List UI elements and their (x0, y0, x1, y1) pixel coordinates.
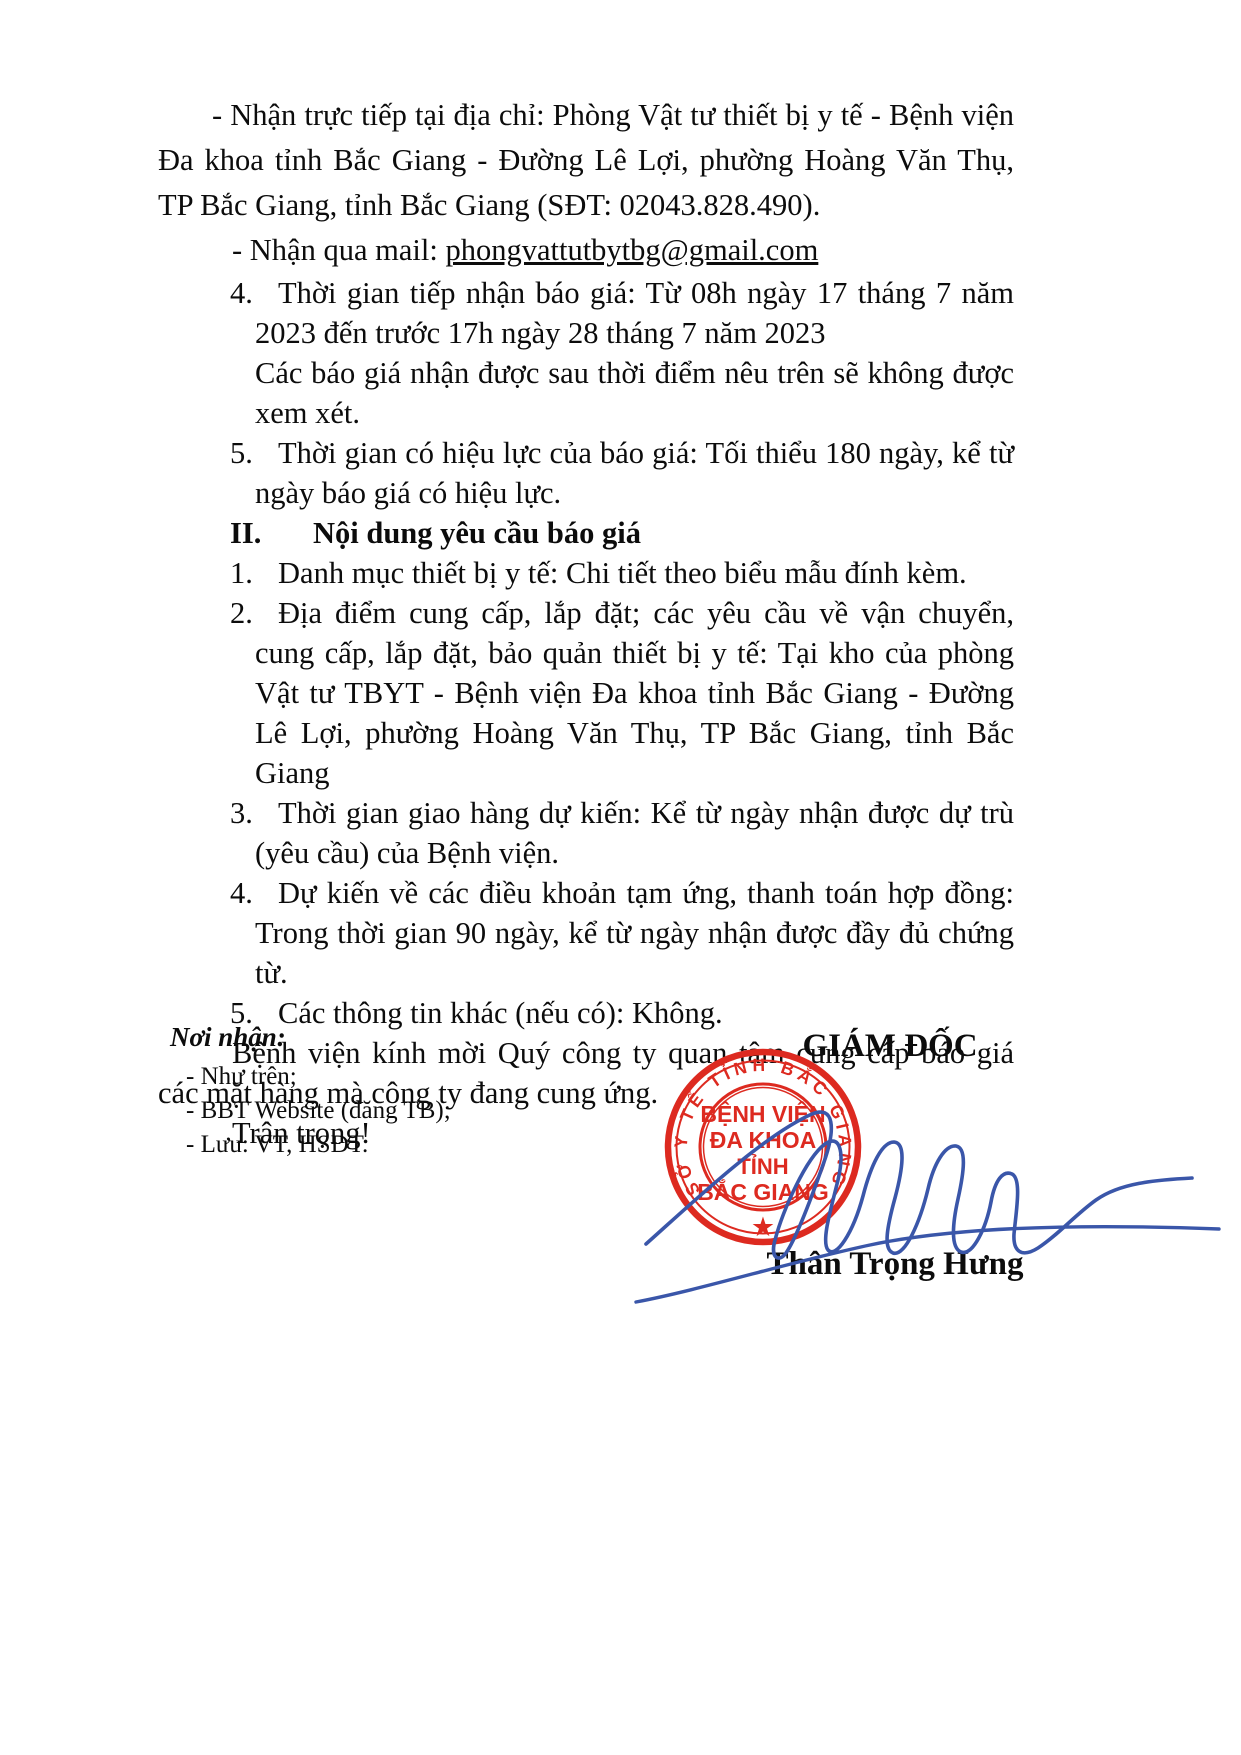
list-marker: 4. (230, 873, 278, 913)
list-item-delivery-location: 2. Địa điểm cung cấp, lắp đặt; các yêu c… (158, 593, 1014, 793)
list-item-text: Thời gian tiếp nhận báo giá: Từ 08h ngày… (255, 273, 1014, 353)
section-marker: II. (230, 513, 261, 553)
list-item-text: Thời gian có hiệu lực của báo giá: Tối t… (255, 433, 1014, 513)
list-item-4-time-receive: 4. Thời gian tiếp nhận báo giá: Từ 08h n… (158, 273, 1014, 433)
section-title: Nội dung yêu cầu báo giá (313, 516, 641, 550)
list-marker: 3. (230, 793, 278, 833)
list-item-note: Các báo giá nhận được sau thời điểm nêu … (255, 353, 1014, 433)
list-item-catalog: 1. Danh mục thiết bị y tế: Chi tiết theo… (158, 553, 1014, 593)
list-marker: 5. (230, 433, 278, 473)
list-item-text: Dự kiến về các điều khoản tạm ứng, thanh… (255, 873, 1014, 993)
recipient-line: - BBT Website (đăng TB); (186, 1096, 451, 1126)
recipient-line: - Như trên; (186, 1062, 297, 1092)
list-item-payment-terms: 4. Dự kiến về các điều khoản tạm ứng, th… (158, 873, 1014, 993)
list-item-text: Địa điểm cung cấp, lắp đặt; các yêu cầu … (255, 593, 1014, 793)
mail-prefix: - Nhận qua mail: (232, 233, 445, 267)
list-marker: 2. (230, 593, 278, 633)
list-item-delivery-time: 3. Thời gian giao hàng dự kiến: Kể từ ng… (158, 793, 1014, 873)
list-item-text: Danh mục thiết bị y tế: Chi tiết theo bi… (255, 553, 1014, 593)
signer-title: GIÁM ĐỐC (700, 1028, 1080, 1065)
list-marker: 1. (230, 553, 278, 593)
signer-name: Thân Trọng Hưng (700, 1246, 1090, 1283)
stamp-line-bac-giang: BẮC GIANG (697, 1178, 829, 1205)
list-item-text: Thời gian giao hàng dự kiến: Kể từ ngày … (255, 793, 1014, 873)
paragraph-receive-mail: - Nhận qua mail: phongvattutbytbg@gmail.… (158, 228, 1014, 273)
list-item-other-info: 5. Các thông tin khác (nếu có): Không. (158, 993, 1014, 1033)
stamp-line-tinh: TỈNH (737, 1154, 788, 1179)
list-marker: 4. (230, 273, 278, 313)
list-item-text: Các thông tin khác (nếu có): Không. (255, 993, 1014, 1033)
email-link[interactable]: phongvattutbytbg@gmail.com (445, 233, 818, 267)
recipients-label: Nơi nhận: (170, 1022, 286, 1053)
paragraph-receive-address: - Nhận trực tiếp tại địa chỉ: Phòng Vật … (158, 93, 1014, 228)
document-body: - Nhận trực tiếp tại địa chỉ: Phòng Vật … (158, 93, 1014, 1153)
stamp-star-icon: ★ (751, 1212, 775, 1242)
document-page: - Nhận trực tiếp tại địa chỉ: Phòng Vật … (0, 0, 1241, 1755)
recipient-line: - Lưu: VT, HSĐT. (186, 1130, 368, 1160)
list-item-5-validity: 5. Thời gian có hiệu lực của báo giá: Tố… (158, 433, 1014, 513)
section-heading: II. Nội dung yêu cầu báo giá (158, 513, 1014, 553)
